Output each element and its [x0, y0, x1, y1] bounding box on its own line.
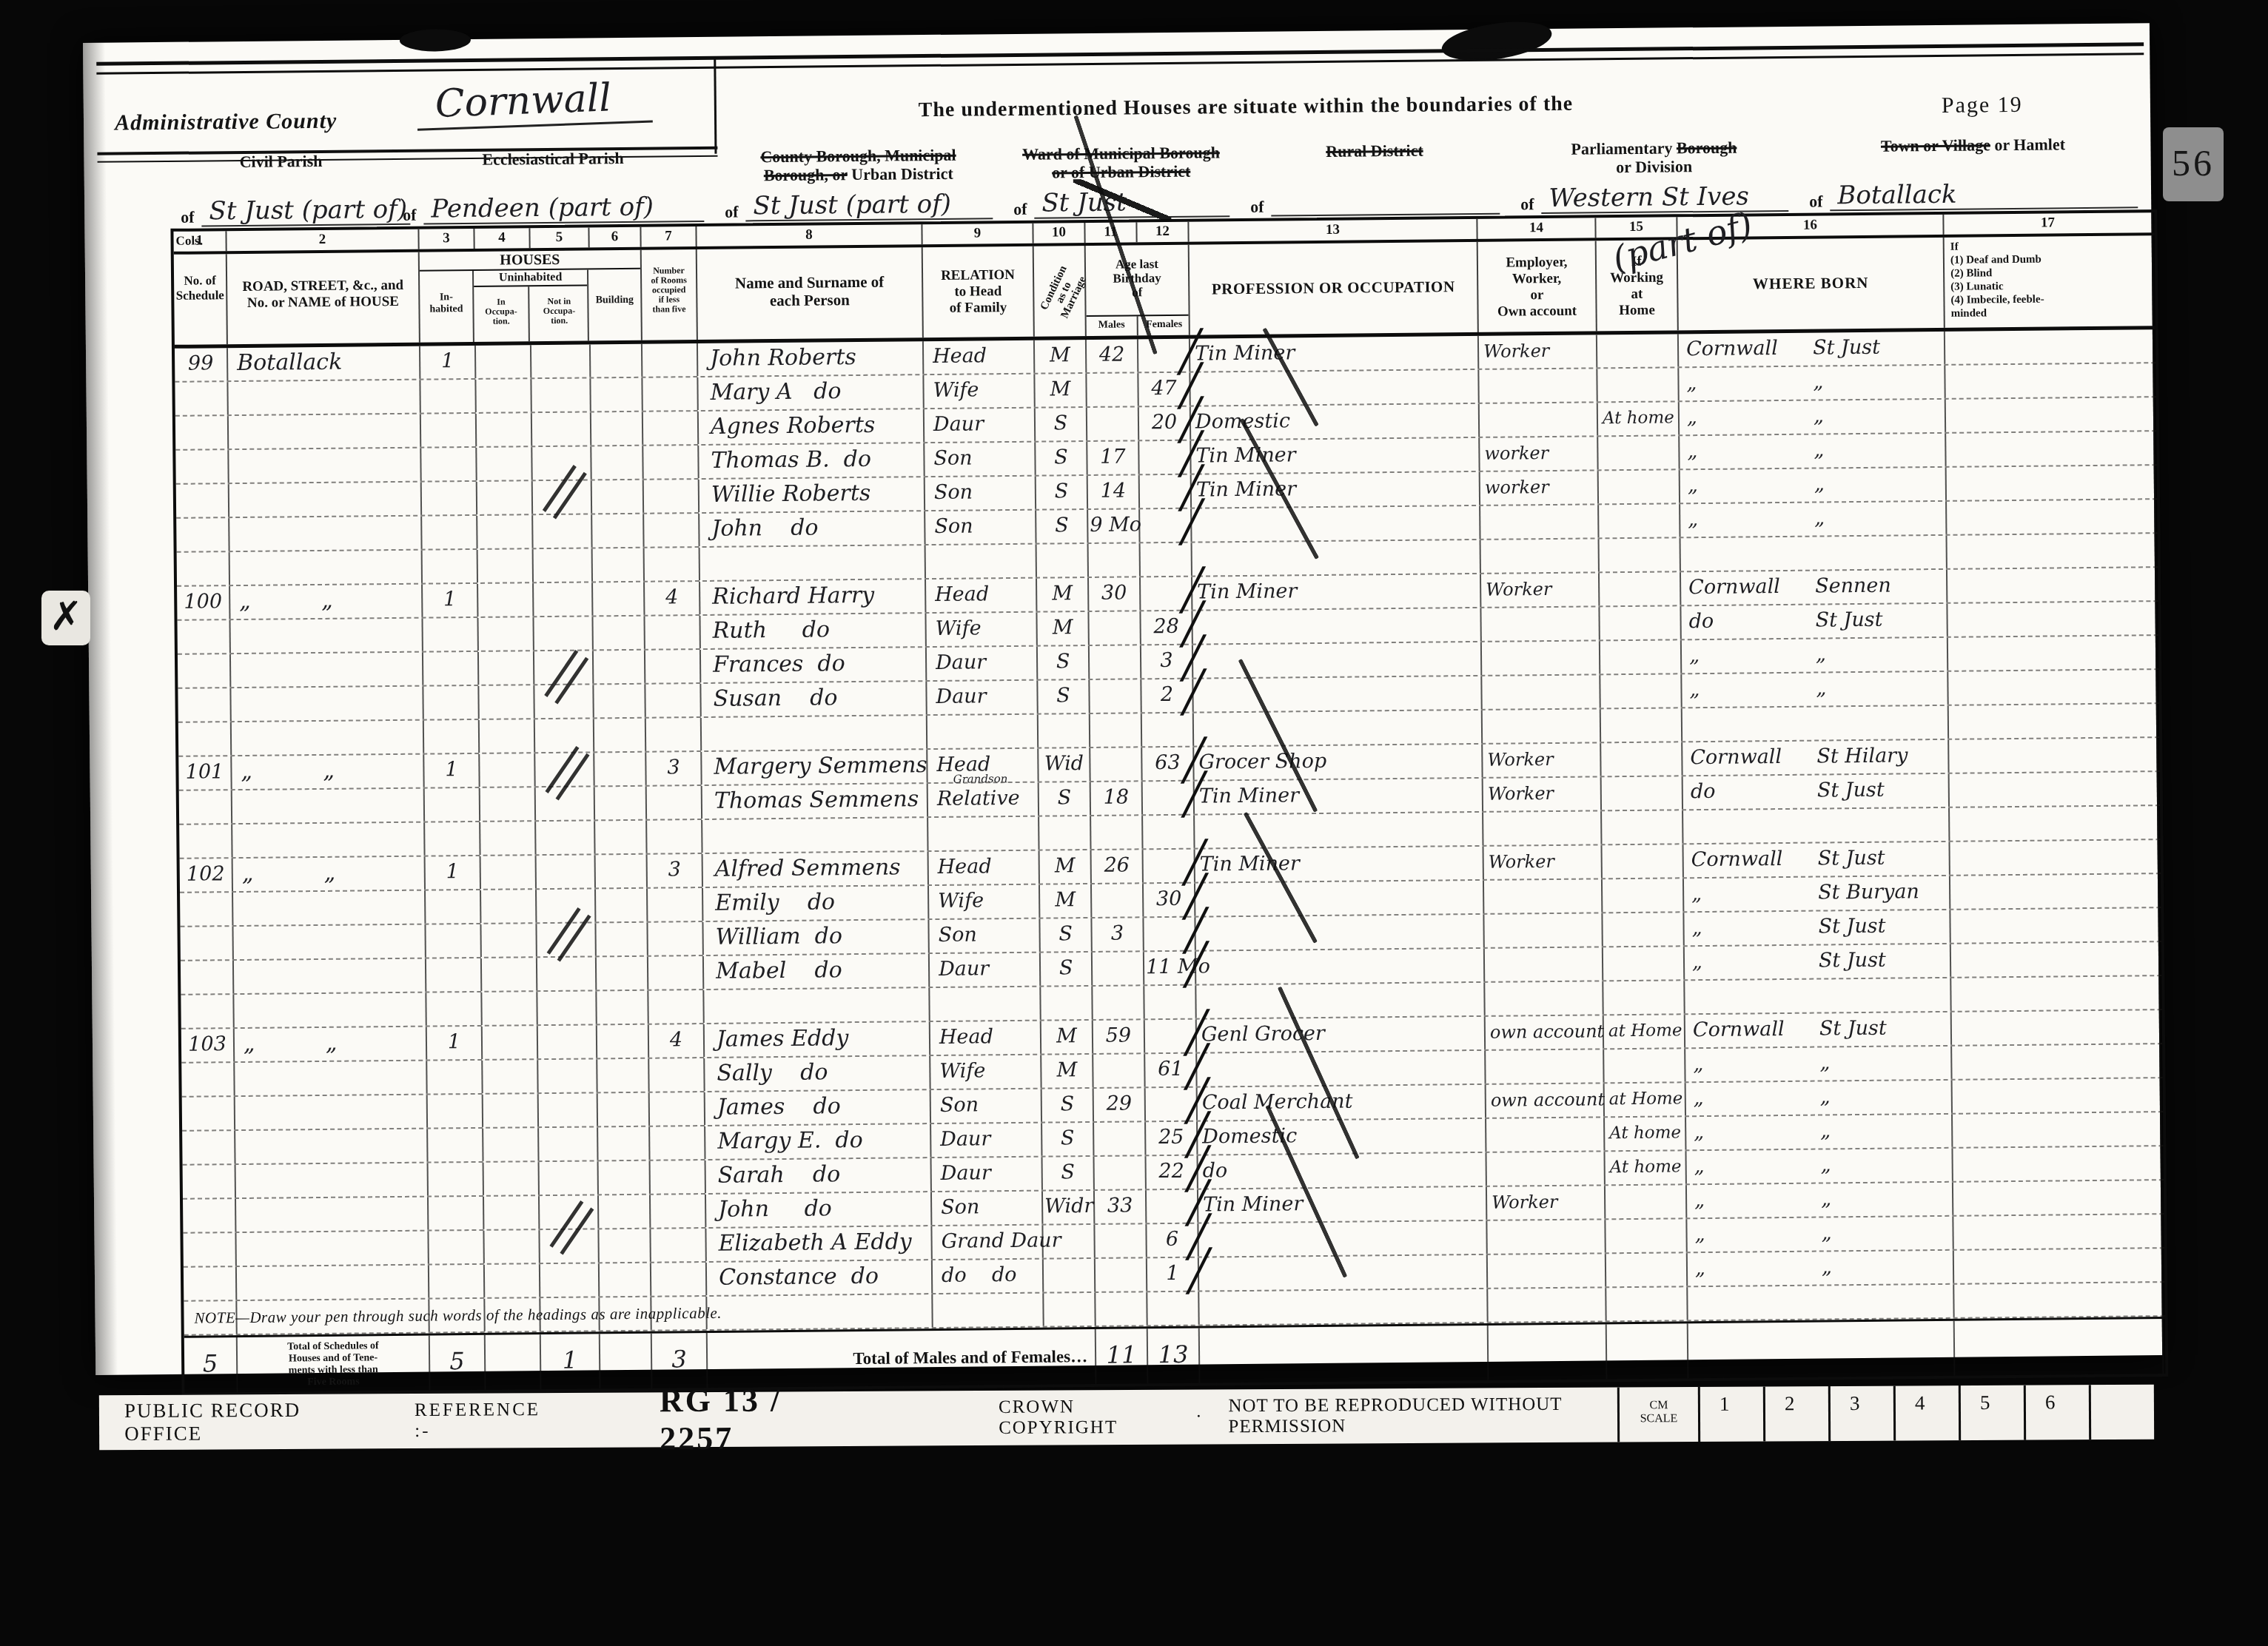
cell-where-born: „„ — [1680, 502, 1947, 537]
cell-employer-worker — [1483, 811, 1602, 845]
cell-uninhabited-occupied — [480, 753, 535, 787]
cell-inhabited — [428, 1129, 483, 1162]
field-rural-district: Rural District of — [1239, 138, 1510, 218]
total-empty — [1489, 1324, 1608, 1380]
cell-uninhabited-not — [537, 957, 597, 990]
cell-uninhabited-not — [534, 582, 593, 616]
cell-at-home: At home — [1605, 1151, 1686, 1184]
cell-road-house — [235, 1129, 428, 1163]
cell-name-surname — [704, 988, 930, 1023]
cell-schedule-number: 103 — [181, 1029, 235, 1062]
cell-condition — [1039, 714, 1090, 748]
cell-condition: S — [1038, 680, 1090, 713]
cell-rooms — [648, 990, 704, 1024]
ward-label-line1: Ward of Municipal Borough — [1002, 143, 1239, 164]
rural-district-label: Rural District — [1239, 141, 1509, 162]
cell-where-born: „„ — [1687, 1217, 1953, 1252]
cell-age-male: 59 — [1093, 1020, 1145, 1053]
cell-at-home — [1597, 334, 1679, 367]
cell-age-male — [1087, 407, 1139, 440]
cell-at-home — [1603, 879, 1684, 912]
ecclesiastical-parish-label: Ecclesiastical Parish — [392, 148, 714, 169]
cell-condition: S — [1036, 442, 1087, 475]
cell-at-home — [1604, 1049, 1685, 1082]
cell-inhabited — [423, 686, 479, 719]
cell-where-born: „„ — [1679, 366, 1945, 400]
cell-name-surname: Richard Harry — [700, 580, 926, 614]
cell-building — [599, 1229, 651, 1263]
cell-name-surname: Thomas Semmens — [702, 784, 928, 819]
of-word: of — [403, 206, 417, 225]
cell-inhabited — [423, 652, 479, 685]
cell-condition: S — [1036, 510, 1088, 543]
cell-building — [596, 923, 648, 956]
cell-where-born — [1685, 978, 1951, 1013]
cell-schedule-number — [178, 654, 231, 688]
cell-name-surname: Alfred Semmens — [703, 852, 929, 887]
cell-schedule-number — [180, 893, 233, 926]
parliamentary-value: Western St Ives — [1541, 183, 1788, 214]
column-number: 4 — [474, 228, 530, 249]
cell-condition: M — [1041, 1021, 1093, 1054]
of-word: of — [1520, 195, 1534, 214]
cell-schedule-number — [181, 1063, 235, 1096]
cell-uninhabited-not — [531, 344, 591, 377]
cell-road-house — [237, 1266, 429, 1300]
cell-road-house — [234, 993, 426, 1027]
column-number: 7 — [641, 226, 697, 247]
cell-name-surname: James do — [705, 1090, 931, 1125]
cell-building — [595, 787, 647, 820]
county-borough-label-struck: Borough, or — [764, 165, 848, 184]
cell-occupation — [1193, 676, 1482, 712]
cell-occupation: Tin Miner — [1195, 847, 1484, 882]
cell-where-born: „„ — [1687, 1183, 1953, 1217]
cell-inhabited — [429, 1197, 484, 1230]
cell-where-born: „„ — [1688, 1251, 1954, 1286]
cell-inhabited — [426, 890, 481, 924]
cell-relation: Head — [924, 340, 1035, 374]
cell-occupation: Tin Miner — [1192, 472, 1480, 508]
cell-occupation — [1192, 540, 1481, 576]
cell-uninhabited-occupied — [483, 1060, 538, 1093]
cols-caption: Cols. — [175, 233, 203, 248]
cell-road-house — [232, 721, 424, 755]
cell-infirmity — [1945, 329, 2154, 364]
cm-scale-box: 5 — [1959, 1385, 2024, 1440]
of-word: of — [725, 203, 739, 222]
cell-at-home — [1599, 504, 1680, 537]
cm-scale-label: CM SCALE — [1620, 1387, 1698, 1442]
cell-relation: Son — [925, 443, 1036, 476]
cell-condition: Widr — [1043, 1191, 1095, 1224]
cell-uninhabited-not — [540, 1161, 599, 1195]
cell-building — [592, 480, 644, 514]
cell-building — [593, 582, 645, 616]
total-females-value: 13 — [1148, 1328, 1201, 1384]
cell-uninhabited-not — [540, 1263, 600, 1297]
cell-building — [591, 344, 643, 377]
cell-relation — [926, 545, 1037, 578]
cell-employer-worker — [1480, 403, 1598, 437]
cell-at-home: at Home — [1605, 1083, 1686, 1116]
cell-schedule-number — [179, 790, 232, 824]
cell-building — [595, 821, 647, 854]
cell-where-born: „„ — [1680, 400, 1946, 434]
cell-age-female: 11 Mo╱ — [1144, 952, 1196, 985]
cell-occupation — [1190, 370, 1479, 406]
cell-road-house: „ „ — [230, 585, 423, 619]
cell-employer-worker — [1488, 1288, 1606, 1322]
cell-infirmity — [1953, 1180, 2162, 1215]
cell-infirmity — [1947, 602, 2156, 636]
cell-inhabited: 1 — [426, 856, 481, 890]
cell-uninhabited-not — [532, 412, 591, 446]
cell-age-male — [1092, 884, 1144, 917]
cell-condition — [1039, 816, 1091, 850]
admin-county-value: Cornwall — [416, 74, 653, 130]
cell-condition: M — [1035, 340, 1087, 373]
cell-condition: M — [1035, 374, 1087, 407]
cell-building — [599, 1161, 651, 1195]
cell-age-male: 26 — [1092, 850, 1144, 883]
cell-relation: Wife — [930, 1055, 1041, 1089]
cell-infirmity — [1948, 670, 2157, 705]
cell-building — [593, 548, 645, 582]
header-not-in-occupation: Not in Occupa- tion. — [529, 286, 589, 341]
column-number: 17 — [1944, 212, 2153, 235]
total-males-females-label: Total of Males and of Females… — [708, 1329, 1097, 1388]
cell-schedule-number — [178, 688, 231, 722]
cell-uninhabited-occupied — [482, 992, 537, 1025]
cell-uninhabited-not — [537, 991, 597, 1024]
cell-employer-worker — [1486, 1152, 1605, 1186]
cell-relation — [933, 1294, 1044, 1327]
cell-rooms — [648, 888, 703, 921]
cell-relation: do do — [933, 1260, 1044, 1293]
of-word: of — [1250, 198, 1264, 217]
cell-where-born — [1683, 808, 1950, 843]
cell-building — [591, 446, 643, 480]
cell-road-house — [232, 823, 425, 857]
cell-rooms — [643, 411, 699, 445]
cell-employer-worker — [1481, 607, 1600, 641]
total-rooms-value: 3 — [652, 1333, 708, 1388]
cell-infirmity — [1951, 976, 2160, 1011]
cell-relation — [927, 715, 1039, 748]
cell-relation: Daur — [930, 953, 1041, 987]
cell-rooms — [650, 1126, 705, 1160]
cell-employer-worker — [1488, 1254, 1606, 1288]
cell-building — [594, 719, 646, 752]
cell-road-house — [230, 619, 423, 653]
cell-uninhabited-not — [536, 787, 595, 820]
cell-uninhabited-occupied — [478, 617, 534, 651]
cell-employer-worker — [1486, 1049, 1604, 1084]
cm-scale-box: 6 — [2024, 1385, 2089, 1440]
cell-at-home — [1600, 674, 1682, 708]
cell-rooms: 4 — [649, 1024, 705, 1058]
cell-occupation: do — [1198, 1153, 1487, 1189]
cell-inhabited — [429, 1265, 485, 1298]
cell-road-house: „ „ — [232, 755, 424, 789]
cell-road-house — [229, 483, 422, 517]
cell-where-born: „„ — [1686, 1115, 1953, 1149]
cell-age-male: 33 — [1095, 1190, 1147, 1223]
cell-infirmity — [1947, 568, 2156, 602]
cell-employer-worker: own account — [1486, 1015, 1604, 1049]
cell-uninhabited-occupied — [479, 651, 534, 685]
cell-name-surname — [707, 1294, 933, 1329]
cell-condition — [1044, 1293, 1096, 1326]
cell-age-male — [1095, 1224, 1147, 1257]
cell-building — [598, 1127, 650, 1160]
cell-building — [597, 991, 648, 1024]
column-number: 12 — [1137, 222, 1189, 243]
cell-road-house: „ „ — [233, 857, 426, 891]
cell-inhabited — [423, 618, 478, 651]
undermentioned-text: The undermentioned Houses are situate wi… — [824, 91, 1668, 123]
census-table: Cols. 1234567891011121314151617 No. of S… — [170, 209, 2168, 1396]
cell-rooms — [644, 480, 699, 513]
cell-age-male — [1093, 952, 1144, 985]
cell-relation: Head — [930, 1021, 1041, 1055]
cell-name-surname: Frances do — [701, 648, 927, 682]
census-sheet: Administrative County Cornwall The under… — [83, 23, 2162, 1375]
total-empty — [1688, 1321, 1956, 1378]
cell-schedule-number — [181, 961, 234, 994]
cell-age-male — [1090, 713, 1142, 747]
cell-relation: Son — [931, 1089, 1042, 1123]
cell-uninhabited-occupied — [483, 1094, 539, 1127]
cell-age-male — [1094, 1122, 1146, 1155]
cell-inhabited: 1 — [427, 1027, 483, 1060]
cell-age-male: 3 — [1092, 918, 1144, 951]
cell-at-home — [1606, 1253, 1688, 1286]
cell-relation: Son — [932, 1192, 1043, 1225]
cell-uninhabited-not — [537, 855, 596, 888]
cell-occupation — [1195, 915, 1484, 950]
header-schedule: No. of Schedule — [174, 254, 228, 345]
cell-uninhabited-occupied — [478, 583, 534, 617]
cell-schedule-number — [178, 722, 232, 756]
civil-parish-value: St Just (part of) — [201, 196, 410, 227]
top-border-rule — [96, 42, 2144, 75]
cell-age-male: 14 — [1088, 475, 1140, 508]
cell-inhabited — [425, 788, 480, 822]
reference-label: REFERENCE :- — [415, 1400, 541, 1442]
cell-inhabited — [429, 1163, 484, 1196]
cell-age-male — [1093, 986, 1144, 1019]
cell-uninhabited-not — [535, 719, 594, 752]
cell-occupation — [1197, 1051, 1486, 1086]
cell-age-male — [1090, 679, 1141, 713]
cell-uninhabited-occupied — [476, 379, 531, 412]
cell-schedule-number — [176, 484, 229, 517]
total-inhabited-value: 5 — [430, 1335, 486, 1391]
pro-reference-strip: PUBLIC RECORD OFFICE REFERENCE :- RG 13 … — [99, 1385, 2154, 1451]
cell-relation: Head — [929, 851, 1040, 884]
column-number: 2 — [227, 229, 419, 251]
cell-name-surname: Sarah do — [706, 1158, 932, 1193]
cell-age-male — [1091, 816, 1143, 849]
cell-building — [596, 855, 648, 888]
cell-at-home — [1603, 913, 1684, 946]
cell-age-male: 9 Mo — [1088, 509, 1140, 542]
cell-relation-note: Grandson — [953, 773, 1008, 785]
cell-where-born — [1682, 706, 1949, 741]
cell-at-home — [1600, 640, 1682, 673]
permission-text: NOT TO BE REPRODUCED WITHOUT PERMISSION — [1228, 1394, 1617, 1438]
cell-rooms — [646, 718, 702, 751]
cell-age-female: ╱ — [1143, 782, 1195, 815]
town-village-struck: Town or Village — [1881, 135, 1990, 155]
of-word: of — [181, 208, 195, 227]
cell-where-born: „St Buryan — [1684, 876, 1950, 911]
cell-at-home: at Home — [1604, 1015, 1685, 1048]
cell-age-male: 30 — [1089, 577, 1141, 611]
cell-infirmity — [1953, 1215, 2162, 1249]
cell-where-born: „„ — [1682, 638, 1948, 673]
cell-occupation: Tin Miner — [1191, 438, 1480, 474]
cell-uninhabited-not — [538, 1059, 597, 1092]
cell-age-male — [1096, 1292, 1147, 1326]
cell-schedule-number — [183, 1165, 236, 1198]
header-inhabited: In- habited — [420, 271, 474, 343]
total-schedules-value: 5 — [184, 1337, 238, 1393]
cell-employer-worker — [1484, 913, 1603, 947]
cell-road-house: Botallack — [228, 346, 420, 380]
cell-rooms — [645, 548, 700, 581]
cell-condition: M — [1040, 884, 1092, 918]
cell-name-surname: John do — [699, 511, 925, 546]
cell-condition: S — [1042, 1123, 1094, 1156]
cell-where-born: doSt Just — [1681, 604, 1947, 639]
cell-condition: Wid — [1039, 748, 1090, 782]
cell-schedule-number — [183, 1233, 236, 1266]
cell-infirmity — [1953, 1146, 2161, 1181]
cell-condition: S — [1041, 953, 1093, 986]
cell-at-home — [1601, 708, 1682, 742]
cell-occupation: Tin Miner — [1195, 779, 1483, 814]
county-borough-label-kept: Urban District — [851, 164, 953, 184]
cell-age-male — [1095, 1156, 1147, 1189]
cm-scale-box: 1 — [1698, 1386, 1763, 1441]
cell-rooms — [651, 1160, 706, 1194]
civil-parish-label: Civil Parish — [170, 151, 392, 172]
field-town-hamlet: Town or Village or Hamlet ofBotallack — [1798, 131, 2148, 213]
cell-inhabited — [429, 1231, 484, 1264]
total-males-value: 11 — [1096, 1328, 1149, 1384]
cell-occupation — [1195, 881, 1484, 916]
cell-where-born: „„ — [1686, 1081, 1953, 1115]
cell-infirmity — [1949, 738, 2158, 773]
table-body: 99 Botallack 1 John Roberts Head M 42 ╱ … — [175, 329, 2165, 1336]
cell-relation: Grand Daur — [932, 1226, 1043, 1259]
cell-rooms — [645, 650, 701, 683]
cell-relation: Daur — [932, 1158, 1043, 1191]
cell-building — [594, 651, 645, 684]
cell-where-born: „„ — [1680, 468, 1947, 503]
cell-rooms — [648, 922, 703, 955]
cell-uninhabited-occupied — [483, 1128, 539, 1161]
cell-inhabited — [421, 448, 477, 481]
cell-rooms — [650, 1092, 705, 1126]
cell-rooms — [647, 820, 702, 853]
of-word: of — [1013, 200, 1027, 219]
cell-occupation: Grocer Shop — [1194, 745, 1483, 780]
cell-employer-worker: Worker — [1487, 1186, 1606, 1220]
cell-at-home — [1600, 538, 1681, 571]
cell-infirmity — [1952, 1010, 2161, 1045]
header-rooms: Number of Rooms occupied if less than fi… — [642, 249, 698, 340]
cell-where-born — [1681, 536, 1947, 571]
cell-building — [597, 1025, 649, 1058]
cell-inhabited — [426, 958, 482, 992]
header-road: ROAD, STREET, &c., and No. or NAME of HO… — [227, 252, 420, 344]
column-number: 8 — [697, 224, 922, 246]
cell-age-male — [1090, 645, 1141, 679]
cell-at-home — [1599, 470, 1680, 503]
cell-where-born: „St Just — [1685, 944, 1951, 979]
cell-occupation — [1198, 1221, 1487, 1257]
cell-schedule-number — [184, 1267, 237, 1300]
admin-county-label: Administrative County — [115, 109, 338, 136]
cell-schedule-number — [175, 382, 228, 415]
cell-building — [597, 1059, 649, 1092]
cell-name-surname: Elizabeth A Eddy — [706, 1226, 932, 1261]
cell-occupation — [1195, 813, 1483, 848]
scanned-census-page: Administrative County Cornwall The under… — [0, 0, 2268, 1646]
cell-where-born: „St Just — [1684, 910, 1950, 945]
cell-inhabited — [422, 516, 477, 549]
cell-at-home: At home — [1598, 402, 1680, 435]
cell-schedule-number: 100 — [177, 586, 230, 619]
cell-rooms — [644, 514, 699, 547]
cell-uninhabited-occupied — [484, 1162, 540, 1195]
cell-occupation — [1193, 642, 1482, 678]
crown-copyright: CROWN COPYRIGHT — [999, 1397, 1170, 1439]
ward-value: St Just — [1034, 188, 1229, 219]
county-borough-label-line1: County Borough, Municipal — [714, 145, 1002, 167]
cell-rooms — [645, 684, 701, 717]
county-borough-value: St Just (part of) — [745, 190, 993, 221]
cell-occupation: Genl Grocer — [1197, 1017, 1486, 1052]
cell-name-surname: Mary A do — [698, 375, 924, 410]
cell-age-male — [1093, 1054, 1145, 1087]
field-county-borough: County Borough, Municipal Borough, or Ur… — [714, 142, 1003, 224]
header-infirmities: If (1) Deaf and Dumb (2) Blind (3) Lunat… — [1945, 235, 2154, 328]
field-parliamentary-division: Parliamentary Borough or Division ofWest… — [1509, 135, 1799, 216]
cell-uninhabited-occupied — [480, 822, 536, 855]
cell-uninhabited-occupied — [479, 685, 534, 719]
cell-employer-worker: own account — [1486, 1084, 1605, 1118]
cell-employer-worker — [1483, 709, 1601, 743]
cell-employer-worker — [1479, 369, 1597, 403]
office-name: PUBLIC RECORD OFFICE — [124, 1399, 346, 1446]
cell-relation: Daur — [931, 1123, 1042, 1157]
cell-uninhabited-occupied — [481, 856, 537, 889]
cell-name-surname: James Eddy — [705, 1022, 930, 1057]
header-uninhabited-group: Uninhabited In Occupa- tion. Not in Occu… — [474, 269, 589, 341]
cell-occupation — [1192, 506, 1480, 542]
cell-uninhabited-not — [536, 821, 595, 854]
cell-infirmity — [1954, 1249, 2163, 1283]
cell-infirmity — [1948, 636, 2157, 671]
cell-name-surname: Emily do — [703, 886, 929, 921]
parliamentary-or: or — [1616, 158, 1631, 176]
cell-uninhabited-occupied — [480, 719, 535, 753]
